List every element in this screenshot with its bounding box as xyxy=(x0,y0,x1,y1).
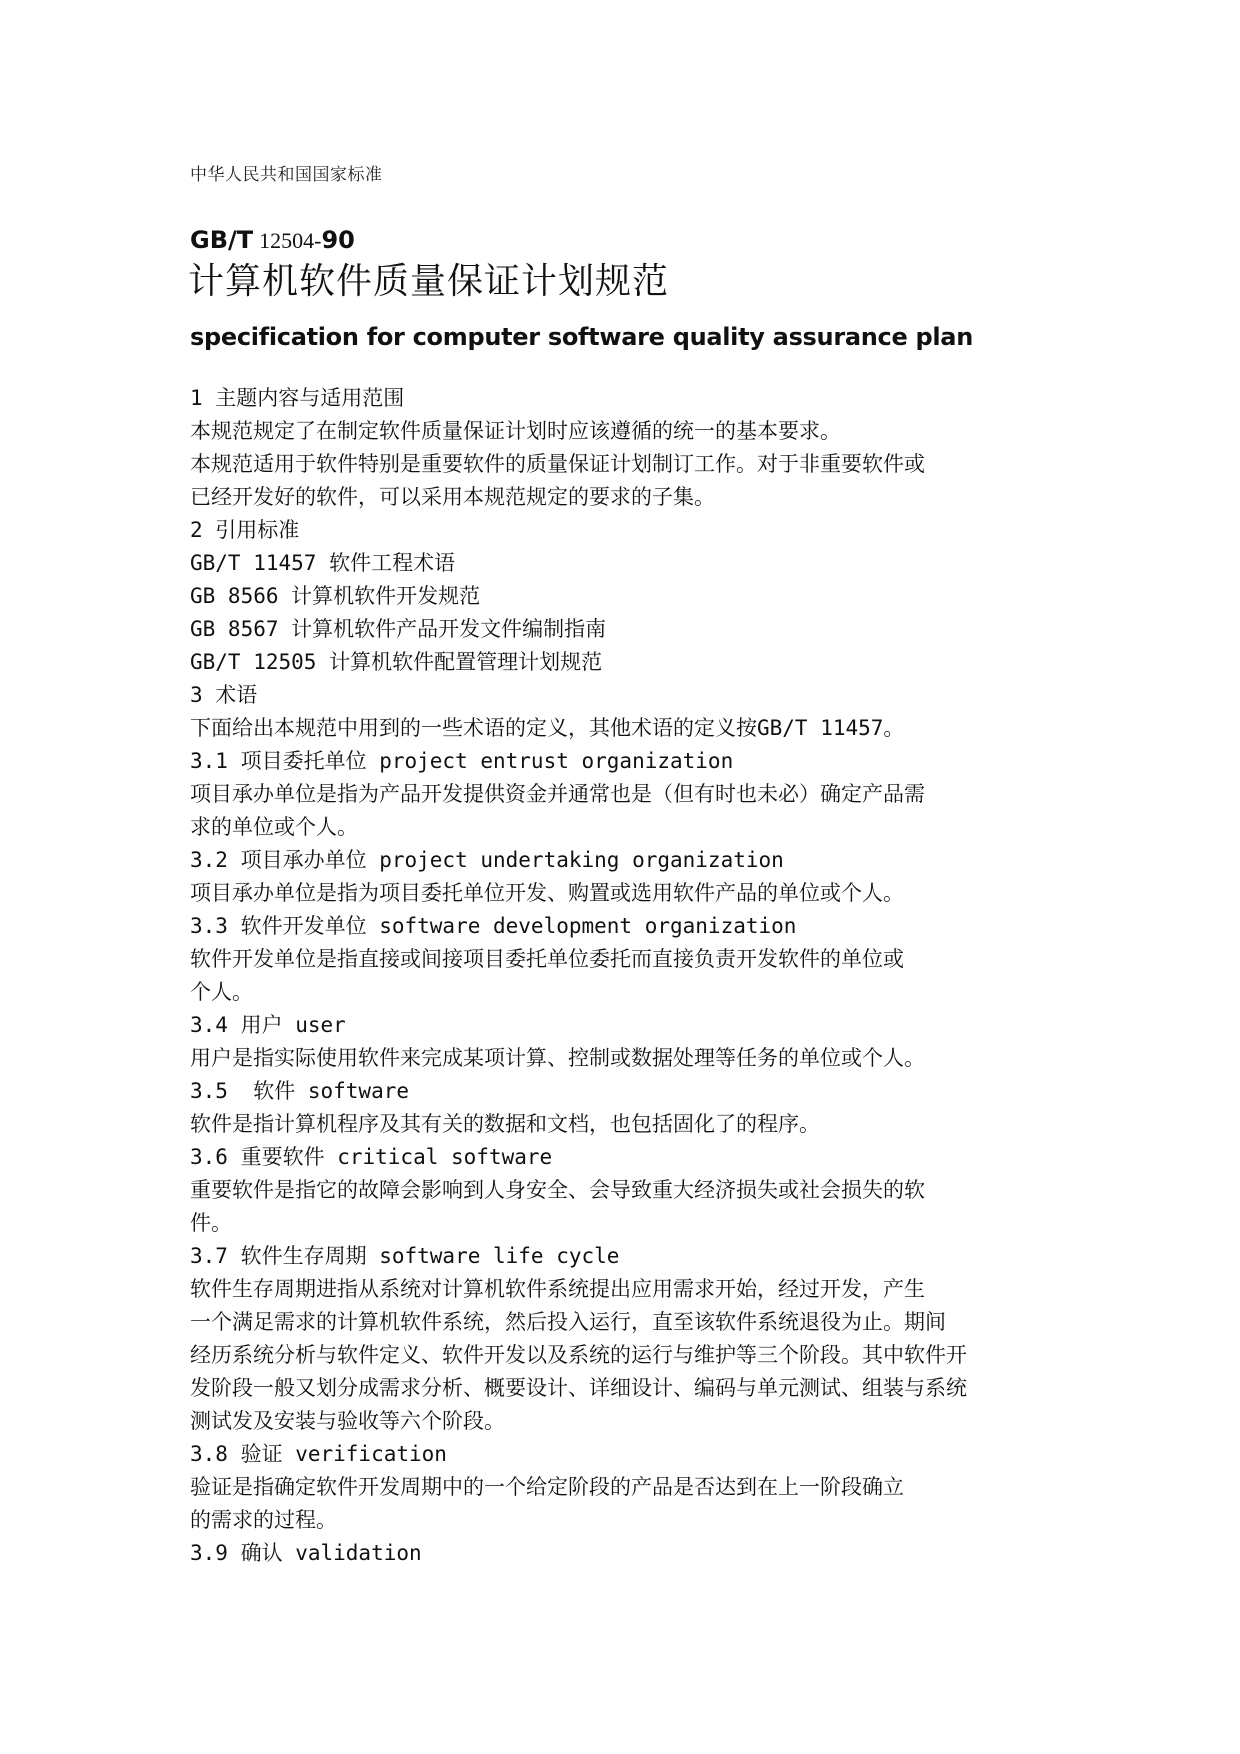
document-page: 中华人民共和国国家标准 GB/T12504-90 计算机软件质量保证计划规范 s… xyxy=(0,0,1240,1754)
standard-code-number: 12504- xyxy=(259,228,321,253)
term-definition: 测试发及安装与验收等六个阶段。 xyxy=(190,1405,1070,1438)
term-definition: 软件生存周期进指从系统对计算机软件系统提出应用需求开始，经过开发，产生 xyxy=(190,1273,1070,1306)
document-body: 1 主题内容与适用范围 本规范规定了在制定软件质量保证计划时应该遵循的统一的基本… xyxy=(190,382,1070,1570)
term-definition: 求的单位或个人。 xyxy=(190,811,1070,844)
term-heading: 3.9 确认 validation xyxy=(190,1537,1070,1570)
reference-standard: GB 8567 计算机软件产品开发文件编制指南 xyxy=(190,613,1070,646)
term-definition: 验证是指确定软件开发周期中的一个给定阶段的产品是否达到在上一阶段确立 xyxy=(190,1471,1070,1504)
paragraph-line: 下面给出本规范中用到的一些术语的定义，其他术语的定义按GB/T 11457。 xyxy=(190,712,1070,745)
standard-code: GB/T12504-90 xyxy=(190,226,355,255)
term-definition: 一个满足需求的计算机软件系统，然后投入运行，直至该软件系统退役为止。期间 xyxy=(190,1306,1070,1339)
document-title-chinese: 计算机软件质量保证计划规范 xyxy=(188,258,669,306)
standard-code-prefix: GB/T xyxy=(190,226,253,254)
standard-code-year: 90 xyxy=(321,226,354,254)
reference-standard: GB/T 11457 软件工程术语 xyxy=(190,547,1070,580)
reference-standard: GB/T 12505 计算机软件配置管理计划规范 xyxy=(190,646,1070,679)
term-heading: 3.4 用户 user xyxy=(190,1009,1070,1042)
term-definition: 软件是指计算机程序及其有关的数据和文档，也包括固化了的程序。 xyxy=(190,1108,1070,1141)
term-heading: 3.7 软件生存周期 software life cycle xyxy=(190,1240,1070,1273)
term-heading: 3.5 软件 software xyxy=(190,1075,1070,1108)
term-definition: 件。 xyxy=(190,1207,1070,1240)
term-definition: 经历系统分析与软件定义、软件开发以及系统的运行与维护等三个阶段。其中软件开 xyxy=(190,1339,1070,1372)
term-definition: 项目承办单位是指为项目委托单位开发、购置或选用软件产品的单位或个人。 xyxy=(190,877,1070,910)
paragraph-line: 本规范适用于软件特别是重要软件的质量保证计划制订工作。对于非重要软件或 xyxy=(190,448,1070,481)
document-title-english: specification for computer software qual… xyxy=(190,320,973,354)
term-definition: 重要软件是指它的故障会影响到人身安全、会导致重大经济损失或社会损失的软 xyxy=(190,1174,1070,1207)
term-definition: 软件开发单位是指直接或间接项目委托单位委托而直接负责开发软件的单位或 xyxy=(190,943,1070,976)
section-heading: 2 引用标准 xyxy=(190,514,1070,547)
section-heading: 1 主题内容与适用范围 xyxy=(190,382,1070,415)
paragraph-line: 已经开发好的软件，可以采用本规范规定的要求的子集。 xyxy=(190,481,1070,514)
paragraph-line: 本规范规定了在制定软件质量保证计划时应该遵循的统一的基本要求。 xyxy=(190,415,1070,448)
term-heading: 3.1 项目委托单位 project entrust organization xyxy=(190,745,1070,778)
term-definition: 个人。 xyxy=(190,976,1070,1009)
term-heading: 3.3 软件开发单位 software development organiza… xyxy=(190,910,1070,943)
term-definition: 发阶段一般又划分成需求分析、概要设计、详细设计、编码与单元测试、组装与系统 xyxy=(190,1372,1070,1405)
reference-standard: GB 8566 计算机软件开发规范 xyxy=(190,580,1070,613)
section-heading: 3 术语 xyxy=(190,679,1070,712)
term-heading: 3.6 重要软件 critical software xyxy=(190,1141,1070,1174)
term-definition: 项目承办单位是指为产品开发提供资金并通常也是（但有时也未必）确定产品需 xyxy=(190,778,1070,811)
term-definition: 用户是指实际使用软件来完成某项计算、控制或数据处理等任务的单位或个人。 xyxy=(190,1042,1070,1075)
term-heading: 3.2 项目承办单位 project undertaking organizat… xyxy=(190,844,1070,877)
term-heading: 3.8 验证 verification xyxy=(190,1438,1070,1471)
term-definition: 的需求的过程。 xyxy=(190,1504,1070,1537)
national-standard-header: 中华人民共和国国家标准 xyxy=(190,160,383,185)
